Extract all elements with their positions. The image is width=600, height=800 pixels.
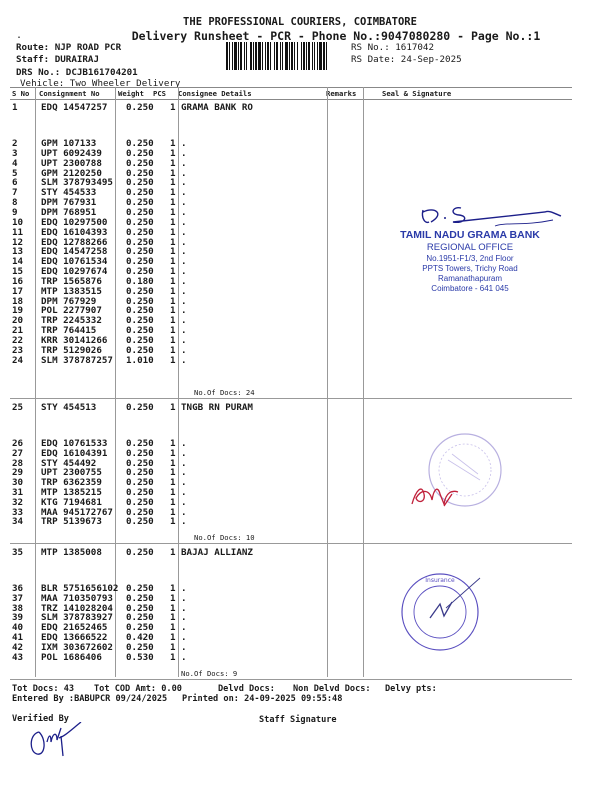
rs-date: RS Date: 24-Sep-2025 <box>351 54 462 65</box>
printed-on: Printed on: 24-09-2025 09:55:48 <box>182 694 342 704</box>
table-header-rule <box>10 99 572 100</box>
cell-consignee-details: TNGB RN PURAM <box>181 402 253 413</box>
table-row: 43POL 16864060.5301. <box>0 652 600 664</box>
group-separator <box>10 543 572 544</box>
cell-sno: 43 <box>12 652 23 663</box>
cell-sno: 25 <box>12 402 23 413</box>
non-delivered-docs: Non Delvd Docs: <box>293 684 371 694</box>
cell-weight: 0.530 <box>126 652 154 663</box>
cell-pcs: 1 <box>170 102 176 113</box>
stamp-address-4: Coimbatore - 641 045 <box>385 284 555 293</box>
table-row: 1EDQ 145472570.2501GRAMA BANK RO <box>0 102 600 114</box>
cell-consignee-details: . <box>181 516 187 527</box>
barcode <box>226 42 350 70</box>
cell-consignee-details: . <box>181 652 187 663</box>
cell-consignment-no: EDQ 14547257 <box>41 102 107 113</box>
col-header-remarks: Remarks <box>326 89 356 98</box>
signature-grama-bank <box>415 200 575 232</box>
delivered-docs: Delvd Docs: <box>218 684 275 694</box>
round-stamp-bajaj: Insurance <box>400 568 490 658</box>
table-row: 35MTP 13850080.2501BAJAJ ALLIANZ <box>0 547 600 559</box>
stamp-office: REGIONAL OFFICE <box>385 242 555 253</box>
cell-weight: 1.010 <box>126 355 154 366</box>
rs-number: RS No.: 1617042 <box>351 42 434 53</box>
cell-weight: 0.250 <box>126 402 154 413</box>
cell-consignee-details: . <box>181 355 187 366</box>
cell-sno: 1 <box>12 102 18 113</box>
runsheet-subtitle-text: Delivery Runsheet - PCR - Phone No.:9047… <box>132 29 541 43</box>
col-header-seal: Seal & Signature <box>382 89 451 98</box>
table-bottom-rule <box>10 679 572 680</box>
cell-pcs: 1 <box>170 355 176 366</box>
company-title: THE PROFESSIONAL COURIERS, COIMBATORE <box>0 16 600 28</box>
delivery-points: Delvy pts: <box>385 684 437 694</box>
stamp-address-3: Ramanathapuram <box>385 274 555 283</box>
route-label: Route: NJP ROAD PCR <box>16 42 121 53</box>
drs-number: DRS No.: DCJB161704201 <box>16 67 138 78</box>
col-header-pcs: PCS <box>153 89 166 98</box>
cell-weight: 0.250 <box>126 102 154 113</box>
group-separator <box>10 398 572 399</box>
group-doc-count: No.Of Docs: 24 <box>194 388 255 397</box>
cell-consignment-no: SLM 378787257 <box>41 355 113 366</box>
table-row: 24SLM 3787872571.0101. <box>0 355 600 367</box>
group-doc-count: No.Of Docs: 10 <box>194 533 255 542</box>
cell-weight: 0.250 <box>126 547 154 558</box>
barcode-gap <box>327 42 329 70</box>
cell-consignment-no: STY 454513 <box>41 402 96 413</box>
total-cod-amount: Tot COD Amt: 0.00 <box>94 684 182 694</box>
cell-pcs: 1 <box>170 652 176 663</box>
staff-label: Staff: DURAIRAJ <box>16 54 99 65</box>
stamp-bank-name: TAMIL NADU GRAMA BANK <box>385 229 555 241</box>
cell-consignment-no: POL 1686406 <box>41 652 102 663</box>
staff-signature-label: Staff Signature <box>259 715 337 725</box>
cell-pcs: 1 <box>170 516 176 527</box>
col-header-consignment: Consignment No <box>39 89 100 98</box>
table-row: 34TRP 51396730.2501. <box>0 516 600 528</box>
entered-by: Entered By :BABUPCR 09/24/2025 <box>12 694 167 704</box>
cell-consignment-no: MTP 1385008 <box>41 547 102 558</box>
cell-sno: 24 <box>12 355 23 366</box>
col-header-weight: Weight <box>118 89 144 98</box>
runsheet-subtitle: Delivery Runsheet - PCR - Phone No.:9047… <box>0 29 600 43</box>
table-top-rule <box>10 87 572 88</box>
svg-text:Insurance: Insurance <box>425 577 455 584</box>
stamp-address-2: PPTS Towers, Trichy Road <box>385 264 555 273</box>
cell-pcs: 1 <box>170 402 176 413</box>
cell-consignment-no: TRP 5139673 <box>41 516 102 527</box>
cell-consignee-details: GRAMA BANK RO <box>181 102 253 113</box>
cell-sno: 35 <box>12 547 23 558</box>
cell-pcs: 1 <box>170 547 176 558</box>
signature-verified <box>25 722 85 762</box>
group-doc-count: No.Of Docs: 9 <box>181 669 237 678</box>
total-docs: Tot Docs: 43 <box>12 684 74 694</box>
col-header-sno: S No <box>12 89 29 98</box>
signature-red <box>408 480 468 510</box>
stamp-address-1: No.1951-F1/3, 2nd Floor <box>385 254 555 263</box>
cell-sno: 34 <box>12 516 23 527</box>
cell-consignee-details: BAJAJ ALLIANZ <box>181 547 253 558</box>
table-row: 25STY 4545130.2501TNGB RN PURAM <box>0 402 600 414</box>
col-header-consignee: Consignee Details <box>178 89 252 98</box>
cell-weight: 0.250 <box>126 516 154 527</box>
